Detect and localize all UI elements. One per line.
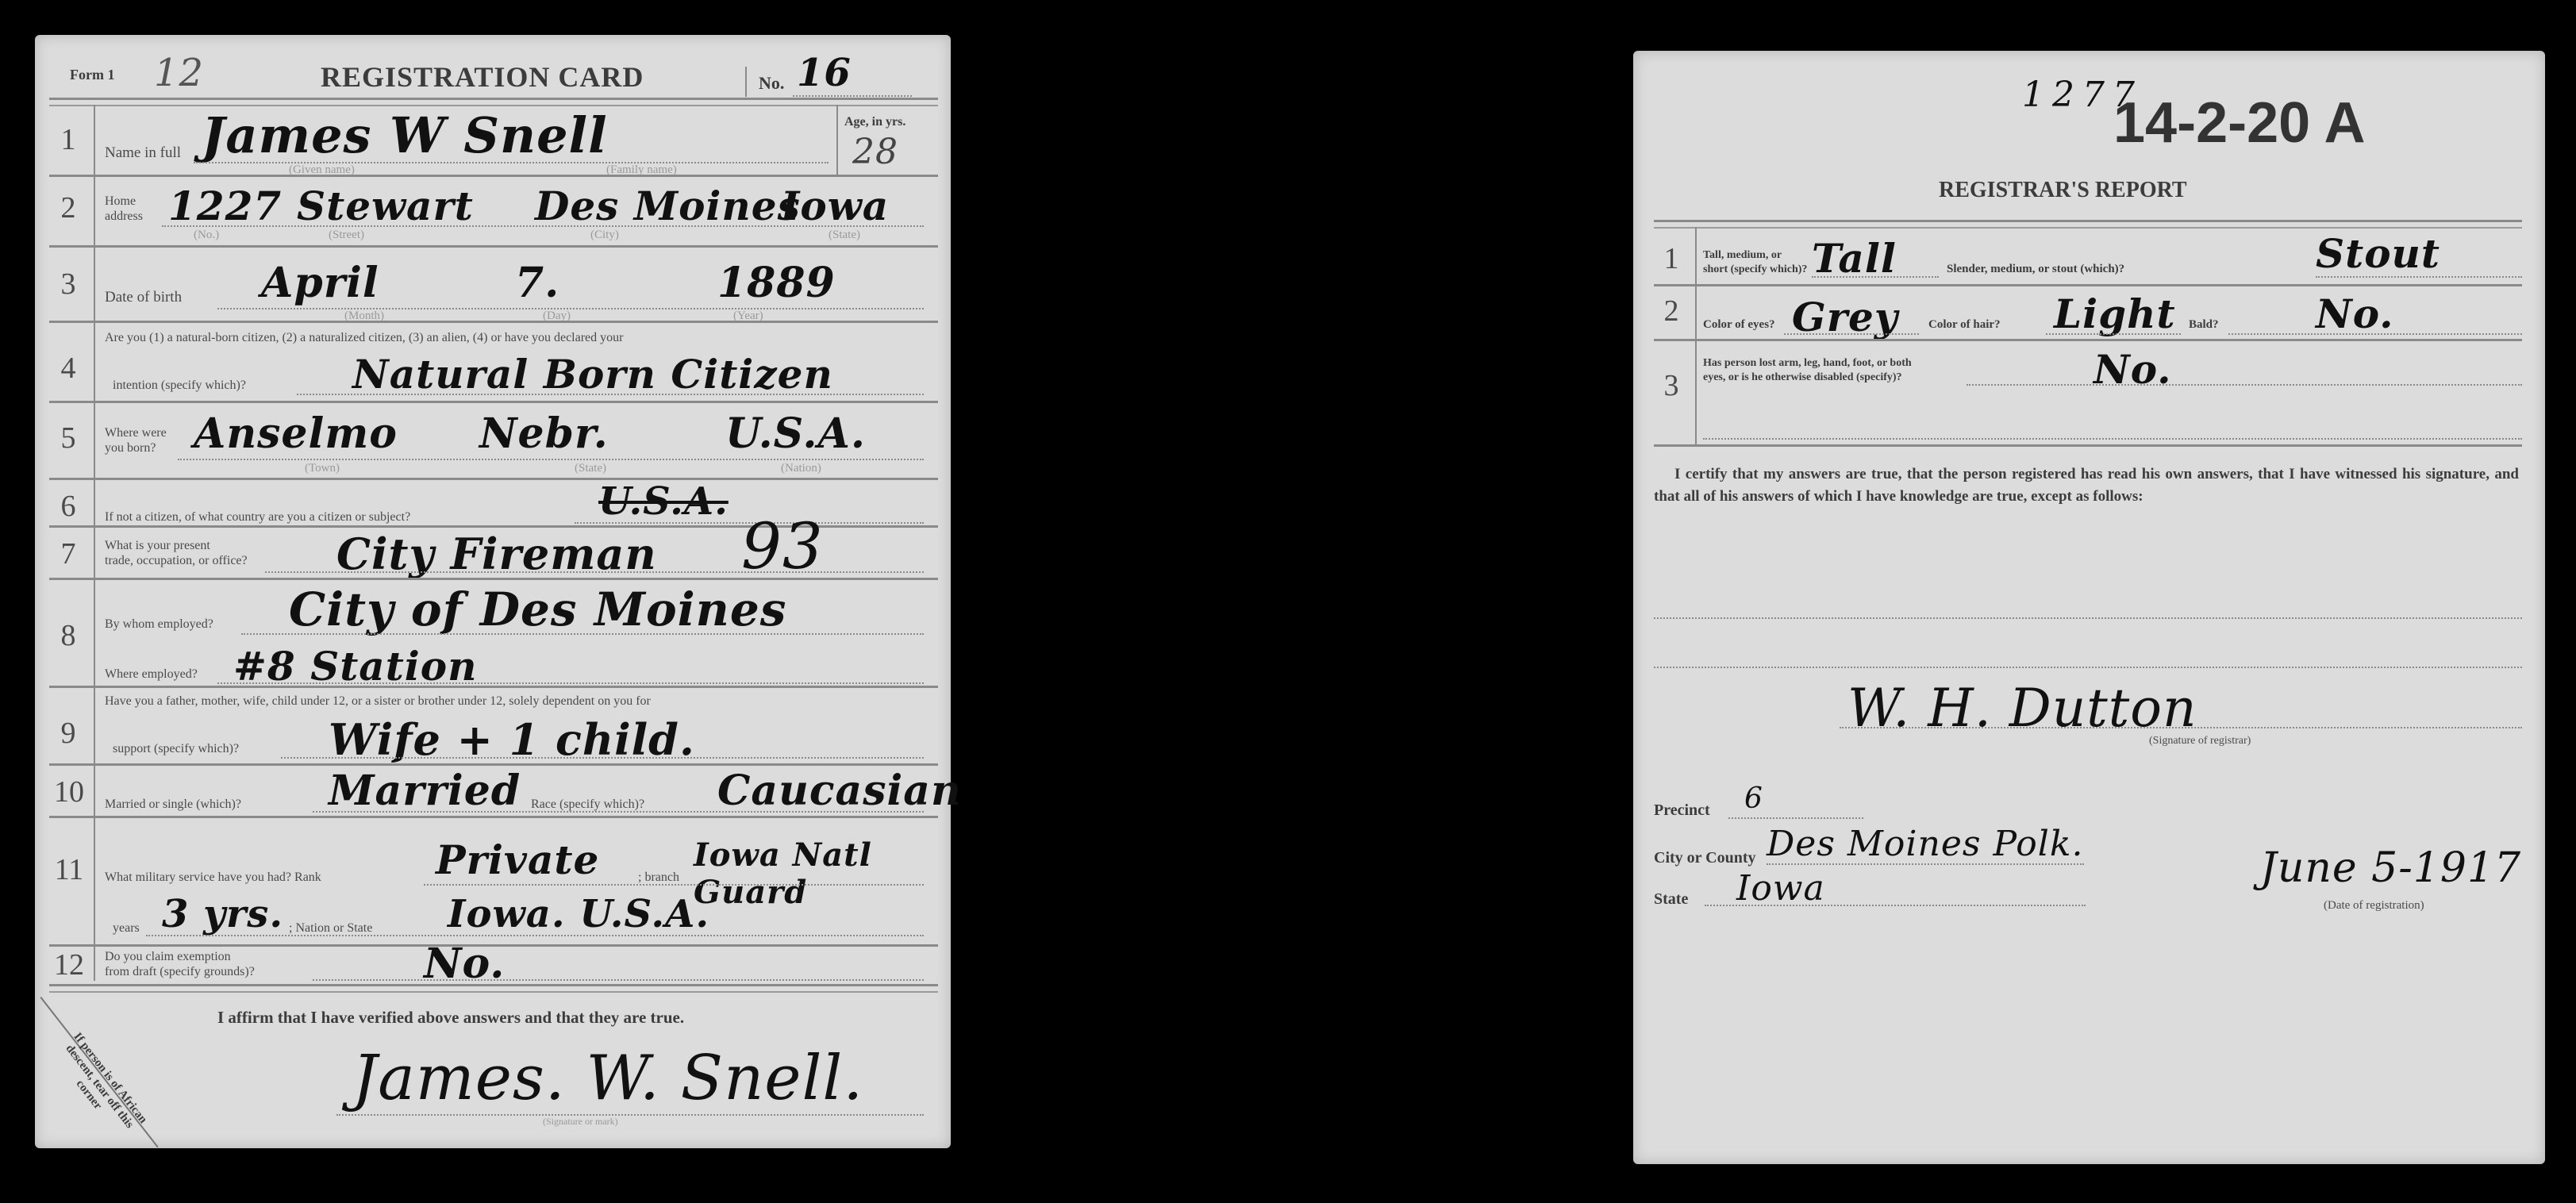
address-number: 1227: [168, 183, 282, 229]
dob-month: April: [261, 259, 379, 307]
form-label: Form 1: [70, 67, 114, 83]
certification-text: I certify that my answers are true, that…: [1654, 463, 2519, 508]
caption-state: (State): [829, 229, 860, 242]
employer-value: City of Des Moines: [289, 582, 786, 636]
military-rank: Private: [436, 836, 599, 883]
row-number: 11: [48, 852, 90, 887]
row-number: 3: [51, 267, 86, 302]
row-number: 8: [51, 618, 86, 653]
name-label: Name in full: [105, 144, 181, 162]
caption-city: (City): [590, 229, 619, 242]
birthplace-label: Where were: [105, 425, 167, 440]
age-value: 28: [852, 132, 898, 172]
citizen-of-label: If not a citizen, of what country are yo…: [105, 509, 410, 525]
header-rule: [49, 98, 938, 106]
row-number: 1: [51, 122, 86, 157]
military-branch: Iowa Natl Guard: [694, 836, 951, 911]
date-caption: (Date of registration): [2324, 898, 2424, 913]
exemption-label: from draft (specify grounds)?: [105, 964, 255, 979]
dependents-question: Have you a father, mother, wife, child u…: [105, 694, 651, 709]
dob-day: 7.: [515, 259, 559, 307]
disability-value: No.: [2093, 346, 2172, 393]
registration-date: June 5-1917: [2260, 844, 2521, 892]
height-value: Tall: [1812, 235, 1897, 282]
address-city: Des Moines: [535, 183, 801, 229]
pencil-mark: 12: [154, 51, 204, 95]
caption-town: (Town): [305, 462, 340, 475]
dependents-label: support (specify which)?: [113, 741, 239, 756]
caption-street: (Street): [329, 229, 364, 242]
build-label: Slender, medium, or stout (which)?: [1947, 262, 2124, 277]
military-label: What military service have you had? Rank: [105, 870, 321, 885]
row-number: 2: [51, 190, 86, 225]
row-number: 4: [51, 351, 86, 386]
disability-label: Has person lost arm, leg, hand, foot, or…: [1703, 356, 1912, 371]
dob-label: Date of birth: [105, 289, 182, 306]
registrar-caption: (Signature of registrar): [2149, 733, 2251, 748]
height-label: Tall, medium, or: [1703, 248, 1782, 263]
dob-year: 1889: [717, 259, 836, 307]
state-label: State: [1654, 890, 1688, 909]
card-no-label: No.: [759, 73, 784, 94]
disability-label: eyes, or is he otherwise disabled (speci…: [1703, 370, 1902, 385]
city-value: Des Moines Polk.: [1767, 824, 2083, 864]
row-number: 5: [51, 421, 86, 455]
row-number: 2: [1654, 294, 1689, 329]
caption-state: (State): [575, 462, 606, 475]
signature-caption: (Signature or mark): [543, 1116, 618, 1128]
citizenship-label: intention (specify which)?: [113, 378, 246, 393]
occupation-label: What is your present: [105, 538, 210, 553]
state-value: Iowa: [1736, 868, 1825, 909]
height-label: short (specify which)?: [1703, 262, 1807, 277]
address-state: Iowa: [781, 183, 889, 229]
city-label: City or County: [1654, 849, 1756, 867]
race-value: Caucasian: [717, 767, 962, 815]
age-label: Age, in yrs.: [844, 114, 905, 129]
header-rule: [1654, 220, 2522, 229]
hair-color-value: Light: [2054, 290, 2176, 337]
precinct-label: Precinct: [1654, 801, 1710, 820]
card-title: REGISTRATION CARD: [321, 60, 644, 94]
bald-value: No.: [2316, 290, 2394, 337]
number-column-divider: [1695, 227, 1697, 446]
caption-no: (No.): [194, 229, 219, 242]
registrars-report-card: 1277 14-2-20 A REGISTRAR'S REPORT 1 Tall…: [1633, 51, 2545, 1164]
registrant-signature: James. W. Snell.: [352, 1043, 863, 1114]
name-value: James W Snell: [202, 106, 608, 164]
eye-color-label: Color of eyes?: [1703, 317, 1775, 332]
registrar-signature: W. H. Dutton: [1847, 678, 2197, 739]
row-number: 3: [1654, 368, 1689, 403]
row-number: 10: [48, 774, 90, 809]
work-location-label: Where employed?: [105, 667, 198, 682]
military-years: 3 yrs.: [162, 892, 283, 936]
birthplace-nation: U.S.A.: [725, 409, 866, 458]
employer-label: By whom employed?: [105, 617, 213, 632]
exemption-label: Do you claim exemption: [105, 949, 231, 964]
row-number: 1: [1654, 241, 1689, 276]
registration-card: Form 1 12 REGISTRATION CARD No. 16 1 Nam…: [35, 35, 951, 1148]
corner-note: If person is of African descent, tear of…: [42, 1021, 157, 1152]
address-label: address: [105, 209, 143, 224]
branch-label: ; branch: [638, 870, 679, 885]
row-number: 9: [51, 716, 86, 751]
marital-value: Married: [329, 767, 521, 815]
bald-label: Bald?: [2189, 317, 2219, 332]
serial-stamp: 14-2-20 A: [2113, 90, 2366, 156]
report-title: REGISTRAR'S REPORT: [1939, 178, 2187, 203]
affirmation-text: I affirm that I have verified above answ…: [217, 1008, 684, 1028]
card-no-value: 16: [797, 51, 852, 95]
race-label: Race (specify which)?: [531, 797, 644, 812]
nation-label: ; Nation or State: [289, 921, 372, 936]
number-column-divider: [94, 105, 95, 981]
precinct-value: 6: [1744, 782, 1763, 815]
birthplace-state: Nebr.: [479, 409, 609, 458]
hair-color-label: Color of hair?: [1928, 317, 2001, 332]
row-number: 7: [51, 536, 86, 571]
citizen-of-value: U.S.A.: [598, 479, 729, 524]
build-value: Stout: [2316, 230, 2440, 277]
address-street: Stewart: [297, 183, 474, 229]
years-label: years: [113, 921, 140, 936]
birthplace-town: Anselmo: [194, 409, 398, 458]
citizenship-question: Are you (1) a natural-born citizen, (2) …: [105, 330, 623, 345]
birthplace-label: you born?: [105, 440, 156, 455]
citizenship-value: Natural Born Citizen: [352, 351, 833, 398]
marital-label: Married or single (which)?: [105, 797, 241, 812]
row-number: 12: [48, 947, 90, 982]
occupation-label: trade, occupation, or office?: [105, 553, 248, 568]
military-nation: Iowa. U.S.A.: [448, 892, 709, 936]
row-number: 6: [51, 489, 86, 524]
caption-nation: (Nation): [781, 462, 821, 475]
address-label: Home: [105, 194, 136, 209]
